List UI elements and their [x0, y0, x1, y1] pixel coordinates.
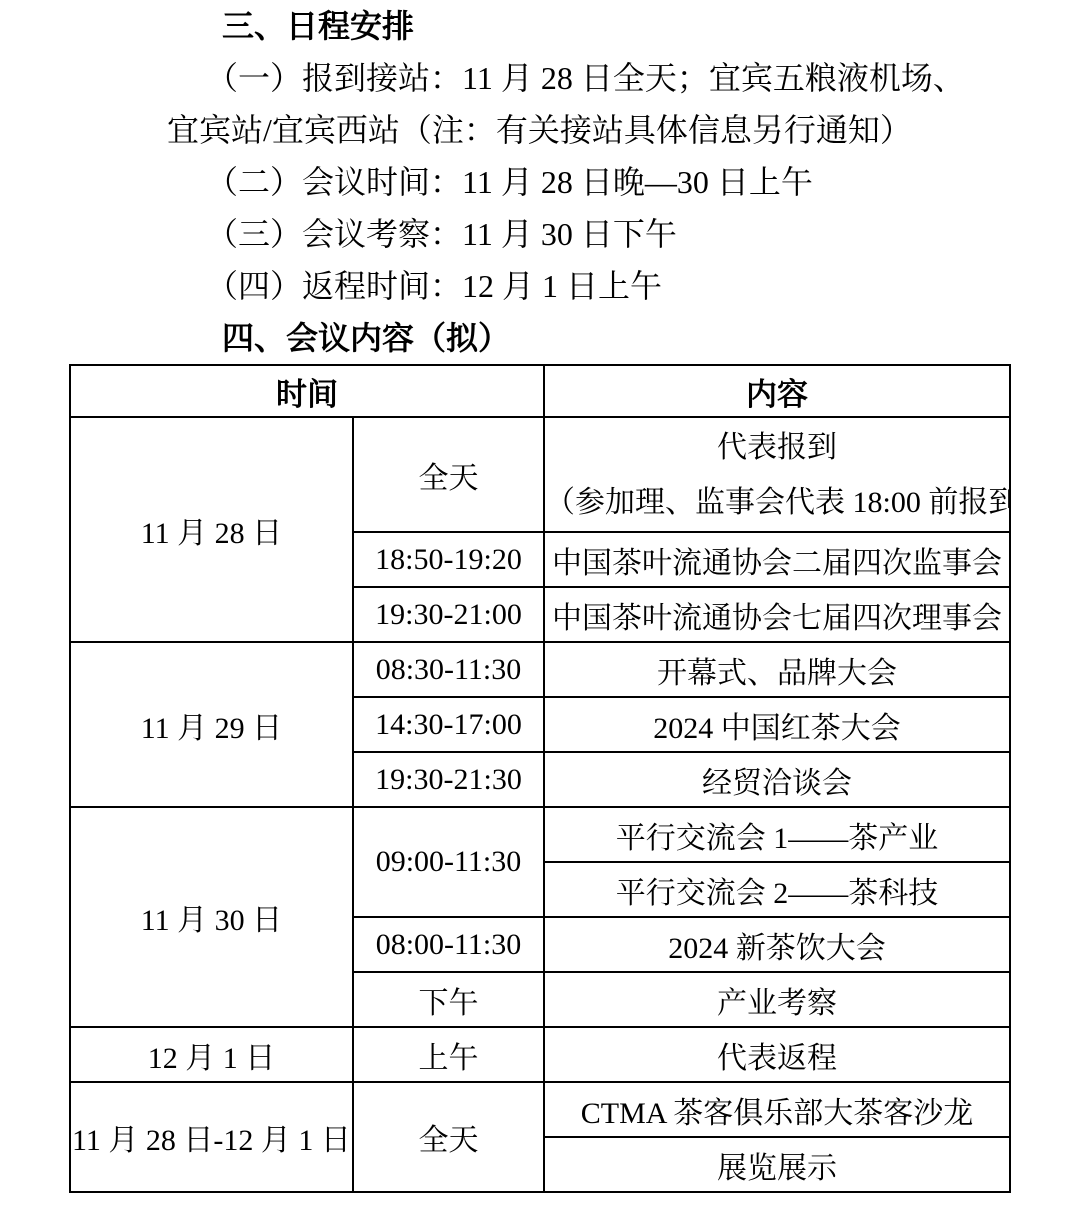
time-cell: 上午: [353, 1027, 544, 1082]
para-return-time: （四）返程时间：12 月 1 日上午: [0, 260, 1080, 312]
time-cell: 09:00-11:30: [353, 807, 544, 917]
content-cell: 2024 中国红茶大会: [544, 697, 1010, 752]
time-cell: 08:00-11:30: [353, 917, 544, 972]
para-meeting-time: （二）会议时间：11 月 28 日晚—30 日上午: [0, 156, 1080, 208]
content-cell: CTMA 茶客俱乐部大茶客沙龙: [544, 1082, 1010, 1137]
time-cell: 19:30-21:00: [353, 587, 544, 642]
date-cell: 11 月 28 日: [70, 417, 353, 642]
time-cell: 08:30-11:30: [353, 642, 544, 697]
table-row: 11 月 29 日 08:30-11:30 开幕式、品牌大会: [70, 642, 1010, 697]
date-cell: 12 月 1 日: [70, 1027, 353, 1082]
column-header-time: 时间: [70, 365, 544, 417]
column-header-content: 内容: [544, 365, 1010, 417]
para-inspection: （三）会议考察：11 月 30 日下午: [0, 208, 1080, 260]
time-cell: 全天: [353, 1082, 544, 1192]
content-cell: 开幕式、品牌大会: [544, 642, 1010, 697]
para-arrival-line2: 宜宾站/宜宾西站（注：有关接站具体信息另行通知）: [0, 104, 1080, 156]
section-heading-schedule: 三、日程安排: [0, 0, 1080, 52]
content-line: 代表报到: [545, 420, 1009, 475]
date-cell: 11 月 30 日: [70, 807, 353, 1027]
content-cell: 产业考察: [544, 972, 1010, 1027]
time-cell: 19:30-21:30: [353, 752, 544, 807]
content-cell: 经贸洽谈会: [544, 752, 1010, 807]
content-cell: 中国茶叶流通协会二届四次监事会: [544, 532, 1010, 587]
time-cell: 下午: [353, 972, 544, 1027]
document-page: 三、日程安排 （一）报到接站：11 月 28 日全天；宜宾五粮液机场、 宜宾站/…: [0, 0, 1080, 1205]
table-header-row: 时间 内容: [70, 365, 1010, 417]
content-cell: 平行交流会 1——茶产业: [544, 807, 1010, 862]
table-row: 12 月 1 日 上午 代表返程: [70, 1027, 1010, 1082]
content-cell: 中国茶叶流通协会七届四次理事会: [544, 587, 1010, 642]
content-line: （参加理、监事会代表 18:00 前报到）: [545, 475, 1009, 530]
content-cell: 2024 新茶饮大会: [544, 917, 1010, 972]
content-cell: 代表报到 （参加理、监事会代表 18:00 前报到）: [544, 417, 1010, 532]
schedule-table: 时间 内容 11 月 28 日 全天 代表报到 （参加理、监事会代表 18:00…: [69, 364, 1011, 1193]
para-arrival-line1: （一）报到接站：11 月 28 日全天；宜宾五粮液机场、: [0, 52, 1080, 104]
time-cell: 全天: [353, 417, 544, 532]
table-row: 11 月 28 日 全天 代表报到 （参加理、监事会代表 18:00 前报到）: [70, 417, 1010, 532]
schedule-section: 三、日程安排 （一）报到接站：11 月 28 日全天；宜宾五粮液机场、 宜宾站/…: [0, 0, 1080, 364]
content-cell: 代表返程: [544, 1027, 1010, 1082]
content-cell: 展览展示: [544, 1137, 1010, 1192]
date-cell: 11 月 29 日: [70, 642, 353, 807]
date-cell: 11 月 28 日-12 月 1 日: [70, 1082, 353, 1192]
table-row: 11 月 30 日 09:00-11:30 平行交流会 1——茶产业: [70, 807, 1010, 862]
time-cell: 14:30-17:00: [353, 697, 544, 752]
section-heading-content: 四、会议内容（拟）: [0, 312, 1080, 364]
time-cell: 18:50-19:20: [353, 532, 544, 587]
content-cell: 平行交流会 2——茶科技: [544, 862, 1010, 917]
table-row: 11 月 28 日-12 月 1 日 全天 CTMA 茶客俱乐部大茶客沙龙: [70, 1082, 1010, 1137]
